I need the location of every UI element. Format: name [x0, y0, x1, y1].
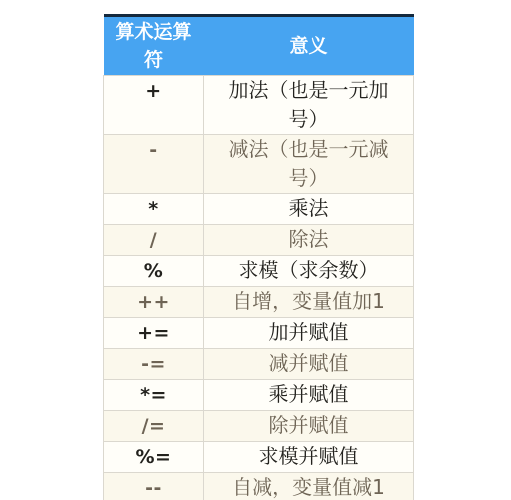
- meaning-cell: 求模并赋值: [204, 442, 414, 473]
- table-row: -减法（也是一元减号）: [104, 135, 414, 194]
- operator-cell: +=: [104, 318, 204, 349]
- operator-cell: ++: [104, 287, 204, 318]
- meaning-cell: 加并赋值: [204, 318, 414, 349]
- operator-cell: /=: [104, 411, 204, 442]
- operator-cell: *=: [104, 380, 204, 411]
- operator-cell: +: [104, 76, 204, 135]
- meaning-cell: 自增，变量值加1: [204, 287, 414, 318]
- operator-cell: %: [104, 256, 204, 287]
- table-row: /除法: [104, 225, 414, 256]
- operator-cell: -: [104, 135, 204, 194]
- meaning-cell: 除并赋值: [204, 411, 414, 442]
- table-row: *乘法: [104, 194, 414, 225]
- meaning-cell: 自减，变量值减1: [204, 473, 414, 500]
- meaning-cell: 加法（也是一元加号）: [204, 76, 414, 135]
- operator-cell: -=: [104, 349, 204, 380]
- meaning-cell: 除法: [204, 225, 414, 256]
- table-row: ++自增，变量值加1: [104, 287, 414, 318]
- table-row: -=减并赋值: [104, 349, 414, 380]
- operator-cell: %=: [104, 442, 204, 473]
- header-row: 算术运算符 意义: [104, 16, 414, 76]
- operator-cell: *: [104, 194, 204, 225]
- meaning-cell: 乘并赋值: [204, 380, 414, 411]
- operator-table: 算术运算符 意义 +加法（也是一元加号）-减法（也是一元减号）*乘法/除法%求模…: [103, 14, 414, 500]
- table-row: +=加并赋值: [104, 318, 414, 349]
- page: 算术运算符 意义 +加法（也是一元加号）-减法（也是一元减号）*乘法/除法%求模…: [0, 0, 511, 500]
- table-row: *=乘并赋值: [104, 380, 414, 411]
- table-row: /=除并赋值: [104, 411, 414, 442]
- meaning-cell: 乘法: [204, 194, 414, 225]
- meaning-cell: 减并赋值: [204, 349, 414, 380]
- table-row: %求模（求余数）: [104, 256, 414, 287]
- header-meaning-column: 意义: [204, 16, 414, 76]
- table-row: --自减，变量值减1: [104, 473, 414, 500]
- meaning-cell: 求模（求余数）: [204, 256, 414, 287]
- table-row: +加法（也是一元加号）: [104, 76, 414, 135]
- meaning-cell: 减法（也是一元减号）: [204, 135, 414, 194]
- operator-cell: --: [104, 473, 204, 500]
- operator-table-body: +加法（也是一元加号）-减法（也是一元减号）*乘法/除法%求模（求余数）++自增…: [104, 76, 414, 500]
- operator-table-head: 算术运算符 意义: [104, 16, 414, 76]
- operator-cell: /: [104, 225, 204, 256]
- table-row: %=求模并赋值: [104, 442, 414, 473]
- header-operator-column: 算术运算符: [104, 16, 204, 76]
